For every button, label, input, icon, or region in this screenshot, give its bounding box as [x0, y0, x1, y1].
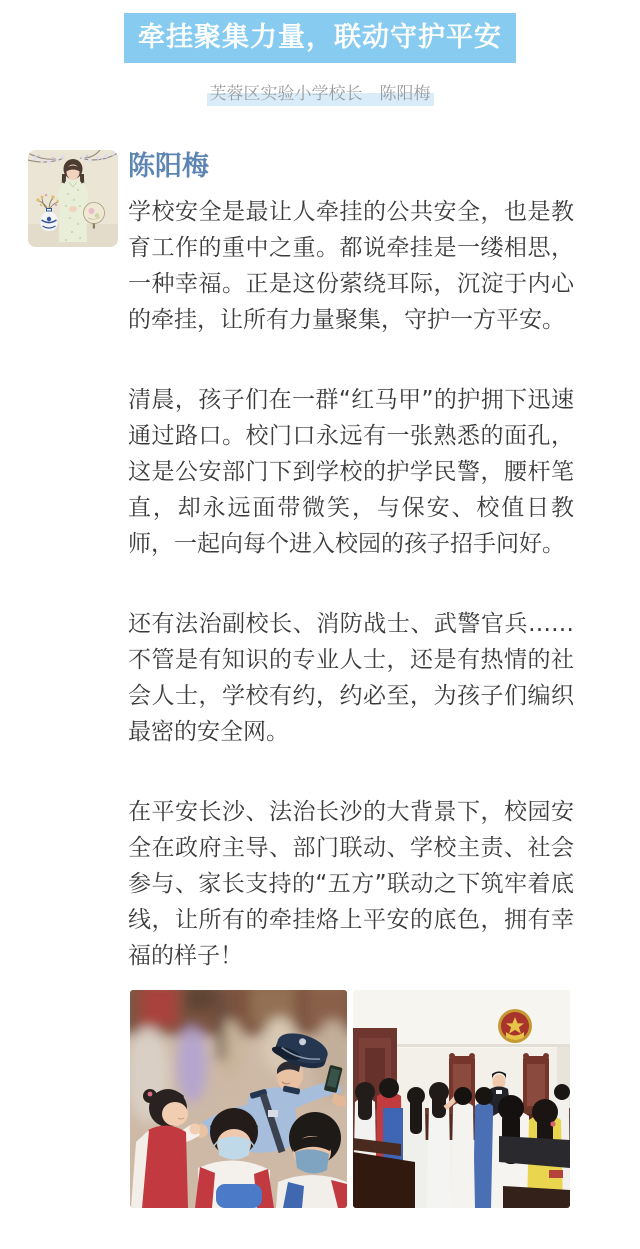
paragraph-4: 在平安长沙、法治长沙的大背景下，校园安全在政府主导、部门联动、学校主责、社会参与…: [128, 794, 574, 974]
courtroom-illustration: [353, 990, 570, 1208]
paragraph-3: 还有法治副校长、消防战士、武警官兵……不管是有知识的专业人士，还是有热情的社会人…: [128, 606, 574, 750]
author-avatar[interactable]: [28, 150, 118, 247]
author-name: 陈阳梅: [128, 150, 574, 184]
byline: 芙蓉区实验小学校长 陈阳梅: [0, 83, 640, 105]
national-emblem-icon: [498, 1009, 532, 1043]
author-avatar-illustration: [28, 150, 118, 247]
article-body: 陈阳梅 学校安全是最让人牵挂的公共安全，也是教育工作的重中之重。都说牵挂是一缕相…: [0, 150, 640, 1208]
article-title: 牵挂聚集力量，联动守护平安: [138, 22, 502, 53]
courtroom-visit-photo[interactable]: [353, 990, 570, 1208]
article-page: 牵挂聚集力量，联动守护平安 芙蓉区实验小学校长 陈阳梅: [0, 13, 640, 1208]
police-escort-photo[interactable]: [130, 990, 347, 1208]
byline-text: 芙蓉区实验小学校长 陈阳梅: [207, 84, 434, 106]
police-escort-illustration: [130, 990, 347, 1208]
article-title-banner: 牵挂聚集力量，联动守护平安: [124, 13, 516, 63]
paragraph-1: 学校安全是最让人牵挂的公共安全，也是教育工作的重中之重。都说牵挂是一缕相思，一种…: [128, 194, 574, 338]
paragraph-2: 清晨，孩子们在一群“红马甲”的护拥下迅速通过路口。校门口永远有一张熟悉的面孔，这…: [128, 382, 574, 562]
blue-backpack-icon: [216, 1184, 262, 1208]
photo-row: [130, 990, 574, 1208]
